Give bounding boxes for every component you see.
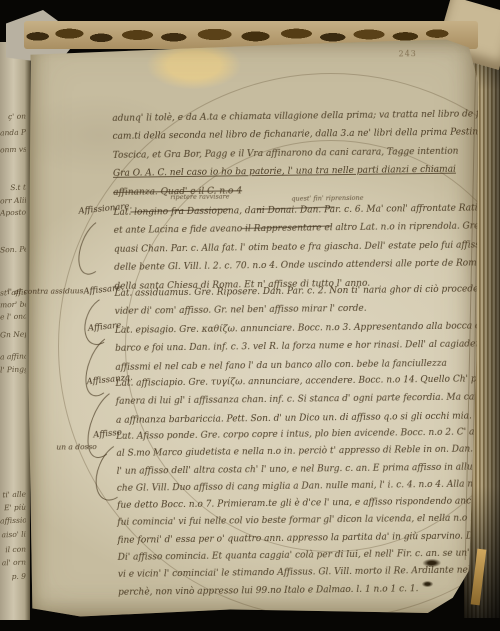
margin-flourish [71, 215, 120, 280]
manuscript-photo: ç' on anda Pal onm vsm S.t t orr Alii Ap… [0, 0, 500, 631]
margin-annotations: Affissionare. Affissare. Affisare. Affis… [0, 0, 500, 631]
entry-margin-word: Affissionare. [78, 201, 133, 216]
entry-margin-word: Affissare. [83, 283, 124, 297]
entry-sidenote: l' al contra assiduus [7, 286, 83, 296]
